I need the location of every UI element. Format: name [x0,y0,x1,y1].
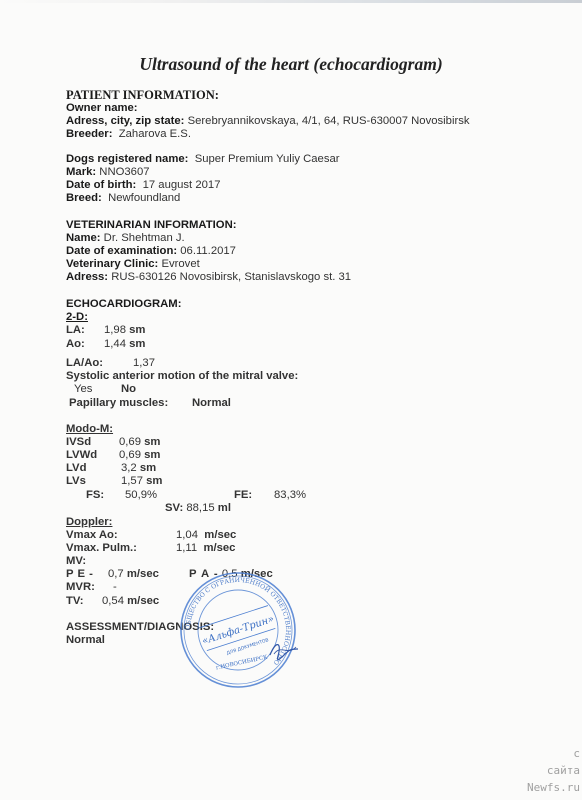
mmode-label: IVSd [66,435,91,449]
vet-heading: VETERINARIAN INFORMATION: [66,218,237,232]
fe-label: FE: [234,488,252,502]
fe-value: 83,3% [274,488,306,502]
fs-value: 50,9% [125,488,157,502]
la-value-line: 1,98 sm [104,323,145,337]
document-title: Ultrasound of the heart (echocardiogram) [0,54,582,75]
breeder-value: Zaharova E.S. [119,128,191,140]
pe-unit: m/sec [127,568,159,580]
registered-name-value: Super Premium Yuliy Caesar [195,153,340,165]
sam-label: Systolic anterior motion of the mitral v… [66,369,298,383]
patient-heading: PATIENT INFORMATION: [66,88,219,102]
vmax-ao-line: 1,04 m/sec [176,528,236,542]
mmode-label: LVd [66,461,87,475]
owner-line: Owner name: [66,101,138,115]
exam-date-line: Date of examination: 06.11.2017 [66,244,236,258]
owner-address-value: Serebryannikovskaya, 4/1, 64, RUS-630007… [188,115,470,127]
ao-label: Ao: [66,337,85,351]
papillary-label: Papillary muscles: [69,396,168,410]
breeder-line: Breeder: Zaharova E.S. [66,127,191,141]
scan-edge [0,0,582,3]
papillary-value: Normal [192,396,231,410]
vmax-pulm-unit: m/sec [203,542,235,554]
dob-line: Date of birth: 17 august 2017 [66,178,220,192]
fs-label: FS: [86,488,104,502]
doppler-heading: Doppler: [66,515,112,529]
mmode-value-line: 0,69 sm [119,448,160,462]
breed-label: Breed: [66,192,102,204]
mmode-value: 3,2 [121,462,137,474]
twod-heading: 2-D: [66,310,88,324]
vmax-pulm-line: 1,11 m/sec [176,541,235,555]
mmode-value: 0,69 [119,449,141,461]
sv-label: SV: [165,502,183,514]
mmode-unit: sm [140,462,156,474]
pe-label: P E - [66,567,93,581]
mv-label: MV: [66,554,86,568]
mmode-unit: sm [144,449,160,461]
la-label: LA: [66,323,85,337]
sam-no: No [121,382,136,396]
owner-label: Owner name: [66,102,138,114]
mmode-unit: sm [144,436,160,448]
mmode-value-line: 1,57 sm [121,474,162,488]
ao-unit: sm [129,338,145,350]
mmode-value-line: 0,69 sm [119,435,160,449]
echo-heading: ECHOCARDIOGRAM: [66,297,181,311]
stamp-sub-text: ДЛЯ ДОКУМЕНТОВ [226,637,270,656]
la-unit: sm [129,324,145,336]
clinic-value: Evrovet [161,258,199,270]
mvr-value: - [113,580,117,594]
mark-value: NNO3607 [99,166,149,178]
mark-line: Mark: NNO3607 [66,165,150,179]
exam-date-label: Date of examination: [66,245,177,257]
dob-value: 17 august 2017 [143,179,221,191]
mmode-label: LVWd [66,448,97,462]
laao-value: 1,37 [133,356,155,370]
clinic-address-label: Adress: [66,271,108,283]
breeder-label: Breeder: [66,128,112,140]
dob-label: Date of birth: [66,179,136,191]
mmode-unit: sm [146,475,162,487]
clinic-label: Veterinary Clinic: [66,258,158,270]
laao-label: LA/Ao: [66,356,103,370]
vet-name-line: Name: Dr. Shehtman J. [66,231,185,245]
mark-label: Mark: [66,166,96,178]
watermark-line2: сайта [547,762,580,780]
tv-value: 0,54 [102,595,124,607]
mmode-heading: Modo-M: [66,422,113,436]
sv-line: SV: 88,15 ml [165,501,231,515]
clinic-line: Veterinary Clinic: Evrovet [66,257,200,271]
document-page: Ultrasound of the heart (echocardiogram)… [0,0,582,800]
exam-date-value: 06.11.2017 [180,245,236,257]
breed-line: Breed: Newfoundland [66,191,180,205]
tv-label: TV: [66,594,84,608]
sv-unit: ml [218,502,231,514]
vmax-ao-value: 1,04 [176,529,198,541]
vet-name-value: Dr. Shehtman J. [104,232,185,244]
vmax-ao-label: Vmax Ao: [66,528,118,542]
vmax-ao-unit: m/sec [204,529,236,541]
clinic-address-line: Adress: RUS-630126 Novosibirsk, Stanisla… [66,270,351,284]
mmode-value-line: 3,2 sm [121,461,156,475]
clinic-stamp: ОБЩЕСТВО С ОГРАНИЧЕННОЙ ОТВЕТСТВЕННОСТЬЮ… [178,570,298,690]
sv-value: 88,15 [186,502,214,514]
tv-line: 0,54 m/sec [102,594,159,608]
vmax-pulm-value: 1,11 [176,542,197,554]
owner-address-label: Adress, city, zip state: [66,115,184,127]
la-value: 1,98 [104,324,126,336]
ao-value-line: 1,44 sm [104,337,145,351]
assessment-value: Normal [66,633,105,647]
clinic-address-value: RUS-630126 Novosibirsk, Stanislavskogo s… [111,271,351,283]
watermark-line1: с [573,745,580,763]
registered-name-label: Dogs registered name: [66,153,188,165]
ao-value: 1,44 [104,338,126,350]
mvr-label: MVR: [66,580,95,594]
tv-unit: m/sec [127,595,159,607]
breed-value: Newfoundland [108,192,180,204]
mmode-value: 0,69 [119,436,141,448]
registered-name-line: Dogs registered name: Super Premium Yuli… [66,152,340,166]
pe-value: 0,7 [108,568,124,580]
mmode-label: LVs [66,474,86,488]
watermark-line3: Newfs.ru [527,779,580,797]
owner-address-line: Adress, city, zip state: Serebryannikovs… [66,114,470,128]
sam-yes: Yes [74,382,92,396]
pe-line: 0,7 m/sec [108,567,159,581]
mmode-value: 1,57 [121,475,143,487]
vet-name-label: Name: [66,232,101,244]
vmax-pulm-label: Vmax. Pulm.: [66,541,137,555]
